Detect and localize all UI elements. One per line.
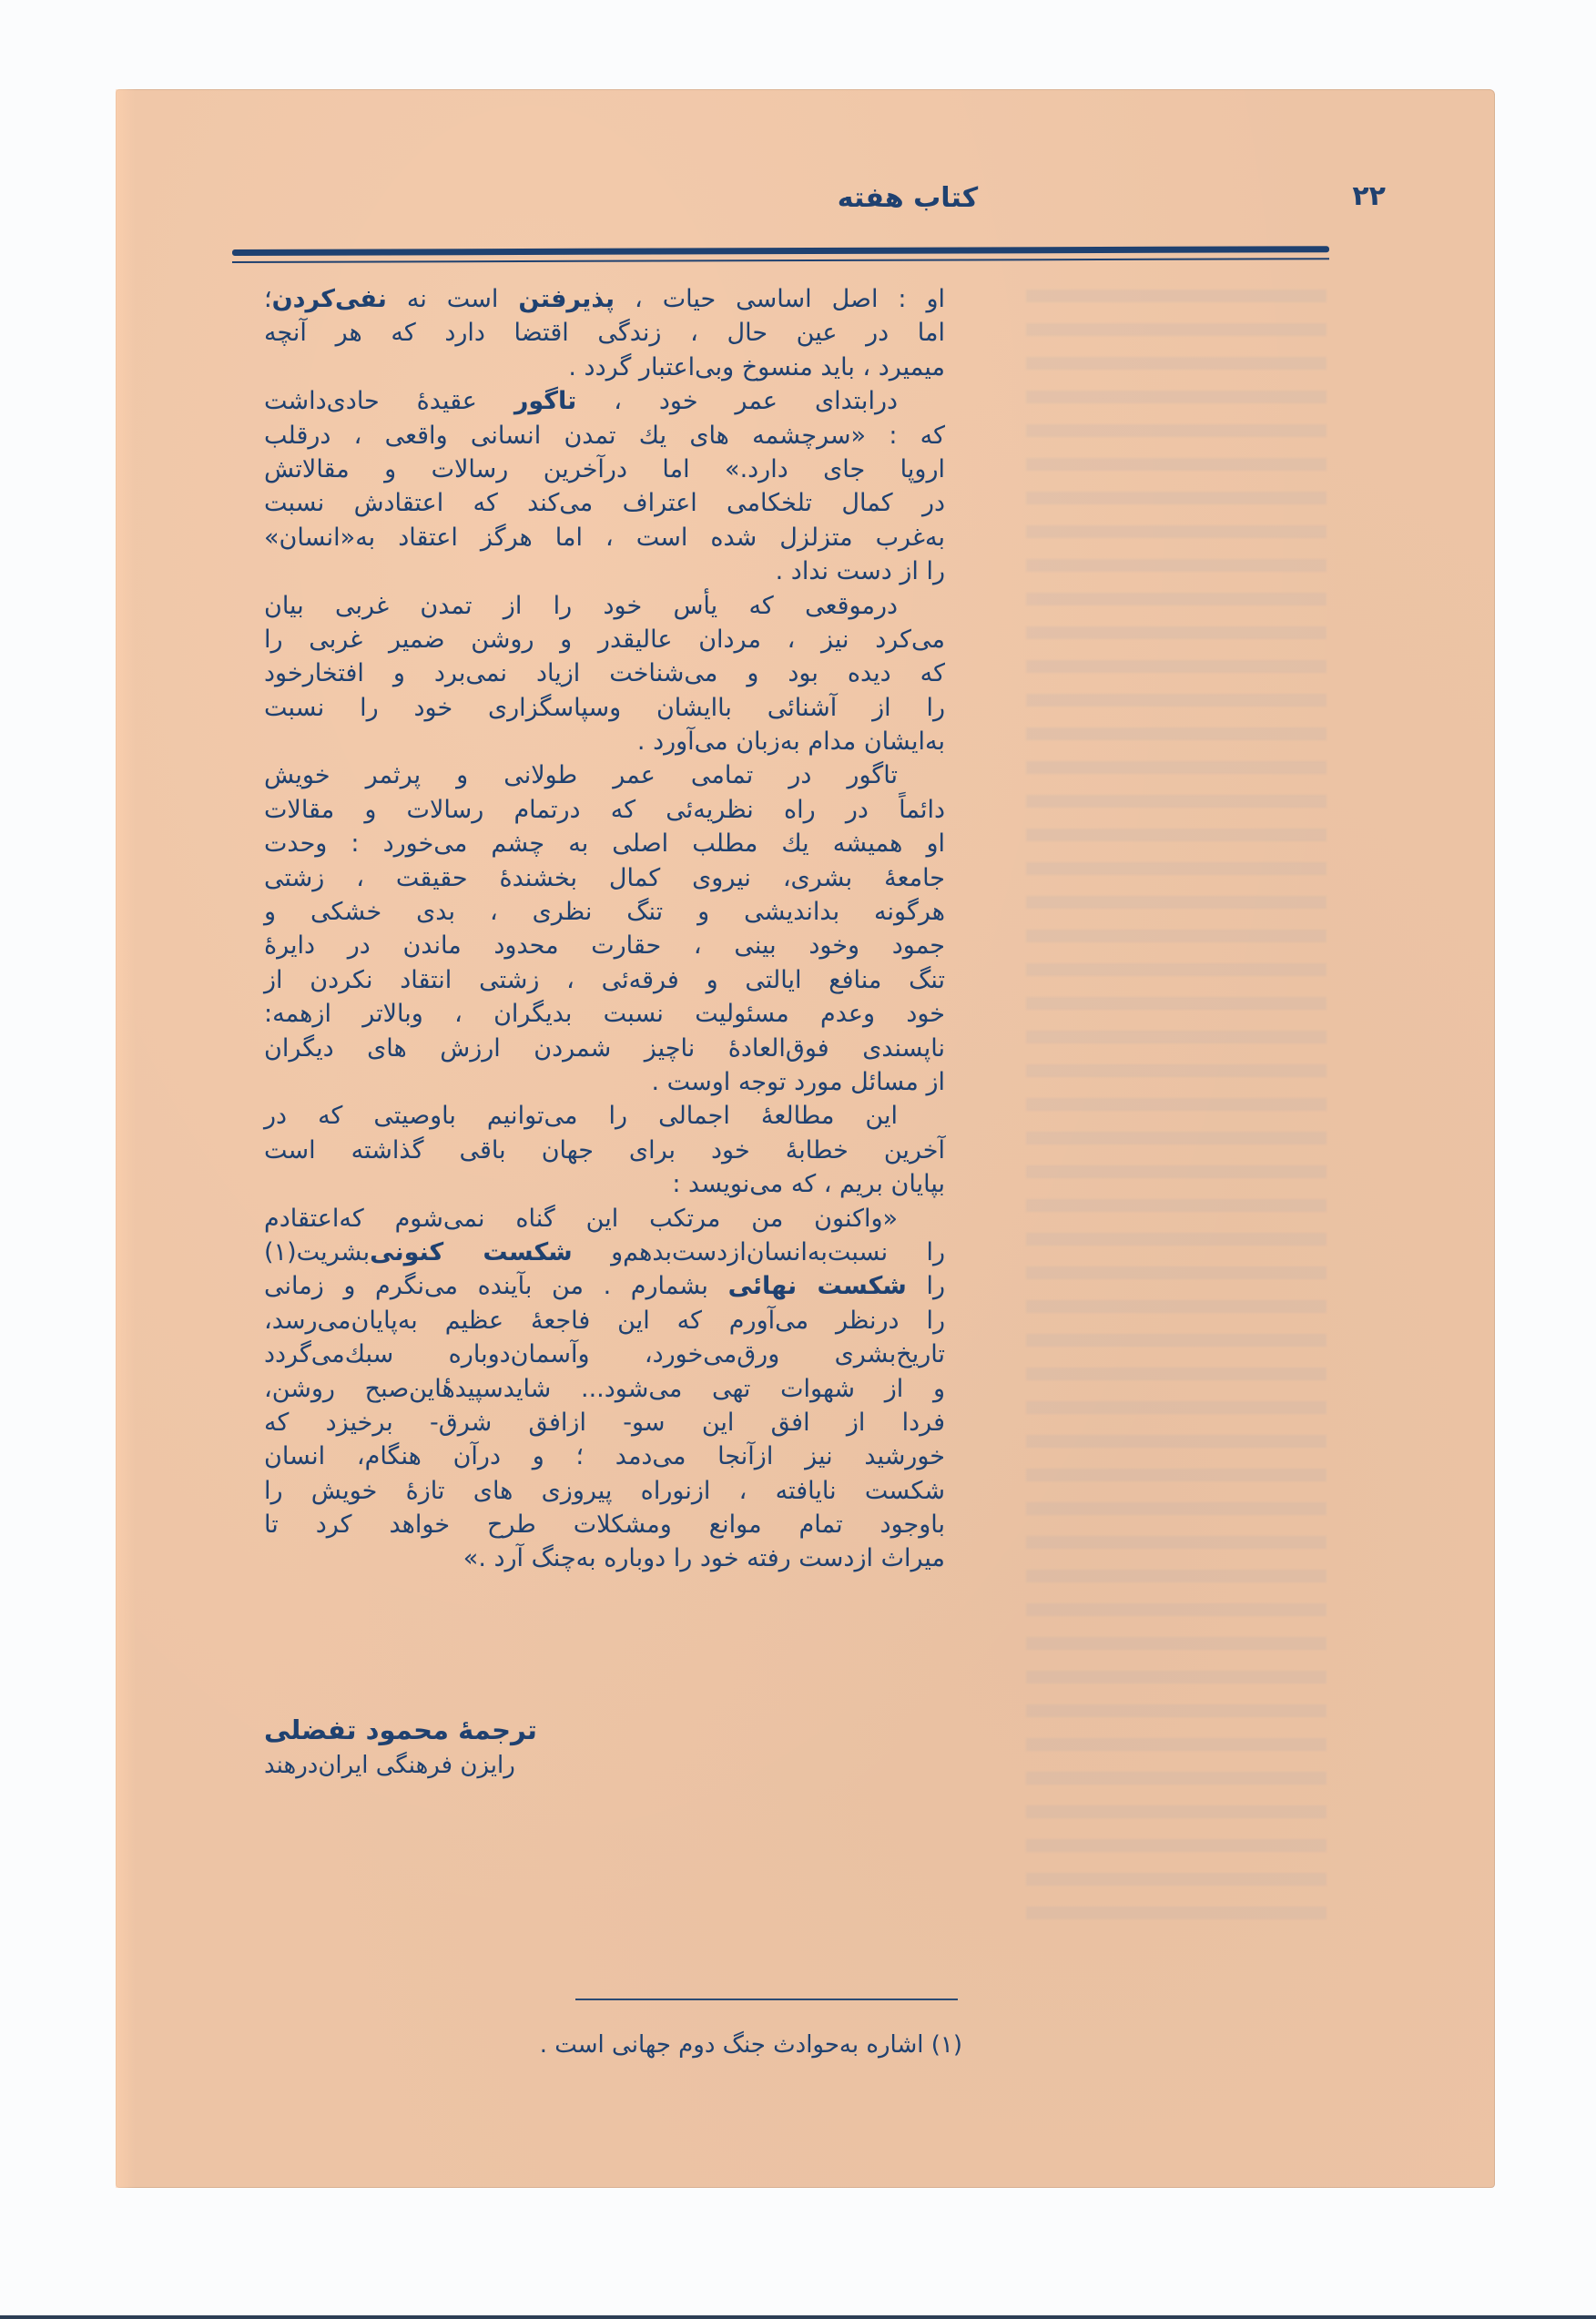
text-line: تنگ منافع ایالتی و فرقه‌ئی ، زشتی انتقاد… (264, 963, 945, 997)
text-line: باوجود تمام موانع ومشکلات طرح خواهد کرد … (264, 1508, 945, 1541)
header-rule-thin (232, 258, 1329, 263)
text-line: می‌کرد نیز ، مردان عالیقدر و روشن ضمیر غ… (264, 623, 945, 656)
text-line: بپایان بریم ، که می‌نویسد : (264, 1167, 945, 1201)
text-line: اما در عین حال ، زندگی اقتضا دارد که هر … (264, 316, 945, 350)
text-line: خورشید نیز ازآنجا می‌دمد ؛ و درآن هنگام،… (264, 1439, 945, 1473)
text-line: فردا از افق این سو- ازافق شرق- برخیزد که (264, 1406, 945, 1439)
bleed-through-text (1026, 290, 1327, 1928)
text-line: این مطالعهٔ اجمالی را می‌توانیم باوصیتی … (264, 1099, 945, 1133)
emphasized-phrase: شکست کنونی (370, 1238, 573, 1266)
text-line: هرگونه بداندیشی و تنگ نظری ، بدی خشکی و (264, 895, 945, 929)
signature-block: ترجمهٔ محمود تفضلی رایزن فرهنگی ایران‌در… (264, 1712, 945, 1783)
text-line: در کمال تلخکامی اعتراف می‌کند که اعتقادش… (264, 486, 945, 520)
article-body: او : اصل اساسی حیات ، پذیرفتن است نه نفی… (264, 282, 945, 1576)
text-line: جمود وخود بینی ، حقارت محدود ماندن در دا… (264, 929, 945, 962)
text-line: را از آشنائی باایشان وسپاسگزاری خود را ن… (264, 691, 945, 725)
page-number: ۲۲ (1340, 180, 1386, 212)
text-line: از مسائل مورد توجه اوست . (264, 1065, 945, 1099)
text-line: درابتدای عمر خود ، تاگور عقیدهٔ حادی‌داش… (264, 384, 945, 418)
text-line: جامعهٔ بشری، نیروی کمال بخشندهٔ حقیقت ، … (264, 861, 945, 895)
text-line: که : «سرچشمه های یك تمدن انسانی واقعی ، … (264, 419, 945, 453)
text-line: تاگور در تمامی عمر طولانی و پرثمر خویش (264, 758, 945, 792)
text-line: را شکست نهائی بشمارم . من بآینده می‌نگرم… (264, 1269, 945, 1303)
translator-credit: ترجمهٔ محمود تفضلی (264, 1712, 945, 1748)
translator-role: رایزن فرهنگی ایران‌درهند (264, 1748, 945, 1783)
text-line: اروپا جای دارد.» اما درآخرین رسالات و مق… (264, 453, 945, 486)
text-line: درموقعی که یأس خود را از تمدن غربی بیان (264, 589, 945, 623)
text-line: «واکنون من مرتکب این گناه نمی‌شوم که‌اعت… (264, 1202, 945, 1236)
text-line: خود وعدم مسئولیت نسبت بدیگران ، وبالاتر … (264, 997, 945, 1031)
emphasized-phrase: پذیرفتن (518, 285, 615, 313)
text-line: ناپسندی فوق‌العادهٔ ناچیز شمردن ارزش های… (264, 1032, 945, 1065)
footnote-divider (575, 1999, 958, 2000)
text-line: را نسبت‌به‌انسان‌ازدست‌بدهم‌و شکست کنونی… (264, 1236, 945, 1269)
text-line: به‌غرب متزلزل شده است ، اما هرگز اعتقاد … (264, 521, 945, 554)
emphasized-phrase: تاگور (514, 387, 576, 415)
text-line: میراث ازدست رفته خود را دوباره به‌چنگ آر… (264, 1541, 945, 1575)
scanned-page-background: ۲۲ کتاب هفته او : اصل اساسی حیات ، پذیرف… (0, 0, 1596, 2319)
text-line: و از شهوات تهی می‌شود... شایدسپیدهٔاین‌ص… (264, 1372, 945, 1406)
text-line: تاریخ‌بشری ورق‌می‌خورد، وآسمان‌دوباره سب… (264, 1337, 945, 1371)
footnote: (۱) اشاره به‌حوادث جنگ دوم جهانی است . (389, 2029, 962, 2061)
text-line: میمیرد ، باید منسوخ وبی‌اعتبار گردد . (264, 351, 945, 384)
scanner-edge-strip (0, 2315, 1596, 2319)
running-header-title: کتاب هفته (835, 182, 981, 214)
text-line: به‌ایشان مدام به‌زبان می‌آورد . (264, 725, 945, 758)
emphasized-phrase: نفی‌کردن (272, 285, 387, 313)
text-line: دائماً در راه نظریه‌ئی که درتمام رسالات … (264, 793, 945, 827)
emphasized-phrase: شکست نهائی (728, 1272, 907, 1300)
text-line: که دیده بود و می‌شناخت ازیاد نمی‌برد و ا… (264, 656, 945, 690)
page-fold-edge (116, 89, 136, 2188)
text-line: او : اصل اساسی حیات ، پذیرفتن است نه نفی… (264, 282, 945, 316)
text-line: را از دست نداد . (264, 554, 945, 588)
text-line: شکست نایافته ، ازنوراه پیروزی های تازهٔ … (264, 1474, 945, 1508)
header-rule-thick (232, 246, 1329, 256)
text-line: را درنظر می‌آورم که این فاجعهٔ عظیم به‌پ… (264, 1304, 945, 1337)
text-line: آخرین خطابهٔ خود برای جهان باقی گذاشته ا… (264, 1134, 945, 1167)
book-page: ۲۲ کتاب هفته او : اصل اساسی حیات ، پذیرف… (116, 89, 1495, 2188)
text-line: او همیشه یك مطلب اصلی به چشم می‌خورد : و… (264, 827, 945, 860)
